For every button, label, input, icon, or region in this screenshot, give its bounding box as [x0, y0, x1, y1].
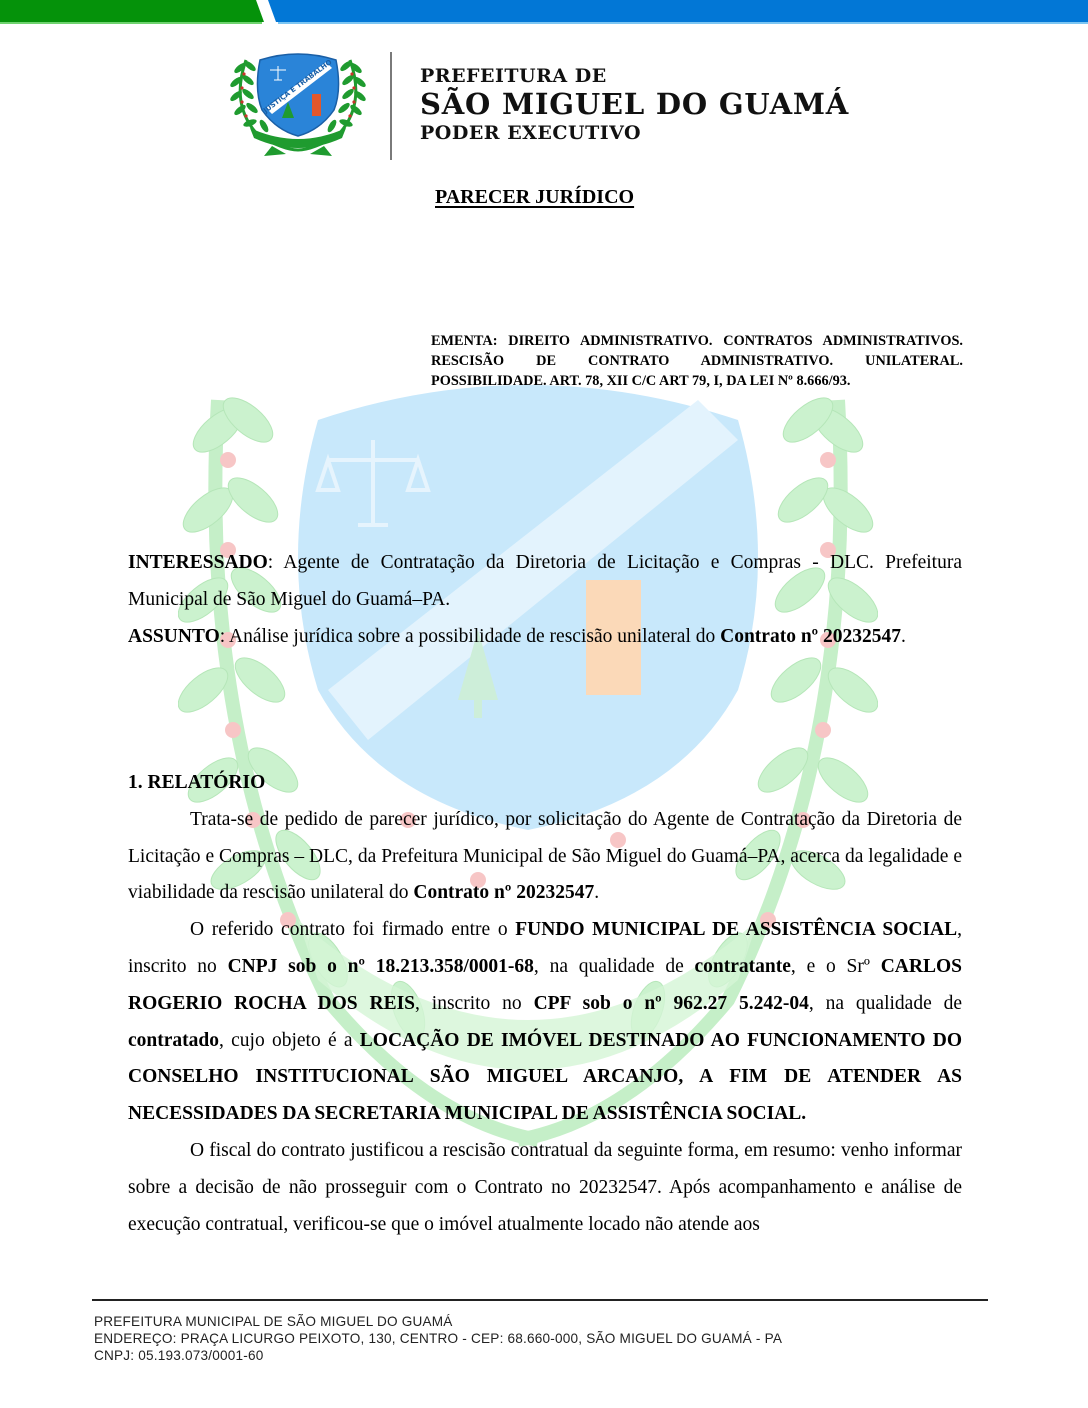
footer-divider — [92, 1299, 988, 1301]
p2-t7: , cujo objeto é a — [219, 1030, 360, 1051]
top-banner — [0, 0, 1088, 24]
assunto-paragraph: ASSUNTO: Análise jurídica sobre a possib… — [128, 619, 962, 656]
municipal-crest-logo: JUSTIÇA E TRABALHO — [228, 50, 368, 158]
footer-line-1: PREFEITURA MUNICIPAL DE SÃO MIGUEL DO GU… — [94, 1313, 782, 1330]
p2-t6: , na qualidade de — [809, 993, 962, 1014]
letterhead: JUSTIÇA E TRABALHO PREFEITURA DE SÃO MIG… — [228, 50, 868, 162]
assunto-text: : Análise jurídica sobre a possibilidade… — [220, 626, 720, 647]
p2-t1: O referido contrato foi firmado entre o — [190, 919, 515, 940]
relatorio-paragraph-1: Trata-se de pedido de parecer jurídico, … — [128, 802, 962, 912]
p2-contratado: contratado — [128, 1030, 219, 1051]
org-line-2: SÃO MIGUEL DO GUAMÁ — [420, 88, 849, 120]
interessado-paragraph: INTERESSADO: Agente de Contratação da Di… — [128, 545, 962, 619]
p2-t4: , e o Srº — [791, 956, 881, 977]
p2-cpf: CPF sob o nº 962.27 5.242-04 — [534, 993, 809, 1014]
footer-line-3: CNPJ: 05.193.073/0001-60 — [94, 1347, 782, 1364]
document-title: PARECER JURÍDICO — [435, 186, 634, 209]
footer-line-2: ENDEREÇO: PRAÇA LICURGO PEIXOTO, 130, CE… — [94, 1330, 782, 1347]
relatorio-paragraph-2: O referido contrato foi firmado entre o … — [128, 912, 962, 1133]
organization-name: PREFEITURA DE SÃO MIGUEL DO GUAMÁ PODER … — [420, 64, 849, 146]
assunto-end: . — [901, 626, 906, 647]
p1-contract: Contrato nº 20232547 — [413, 882, 594, 903]
header-divider — [390, 52, 392, 160]
assunto-contract: Contrato nº 20232547 — [720, 626, 901, 647]
p1-end: . — [594, 882, 599, 903]
section-heading: 1. RELATÓRIO — [128, 765, 962, 802]
p2-t5: , inscrito no — [415, 993, 534, 1014]
org-line-3: PODER EXECUTIVO — [420, 120, 849, 146]
p2-contratante: contratante — [695, 956, 791, 977]
page-footer: PREFEITURA MUNICIPAL DE SÃO MIGUEL DO GU… — [94, 1313, 782, 1364]
assunto-label: ASSUNTO — [128, 626, 220, 647]
relatorio-paragraph-3: O fiscal do contrato justificou a rescis… — [128, 1133, 962, 1243]
p2-t3: , na qualidade de — [534, 956, 695, 977]
p2-cnpj: CNPJ sob o nº 18.213.358/0001-68 — [228, 956, 534, 977]
interessado-label: INTERESSADO — [128, 552, 268, 573]
p2-contratante-name: FUNDO MUNICIPAL DE ASSISTÊNCIA SOCIAL — [515, 919, 957, 940]
org-line-1: PREFEITURA DE — [420, 64, 849, 88]
section-relatorio: 1. RELATÓRIO Trata-se de pedido de parec… — [128, 765, 962, 1243]
interessado-assunto-block: INTERESSADO: Agente de Contratação da Di… — [128, 545, 962, 655]
ementa-block: EMENTA: DIREITO ADMINISTRATIVO. CONTRATO… — [431, 331, 963, 391]
